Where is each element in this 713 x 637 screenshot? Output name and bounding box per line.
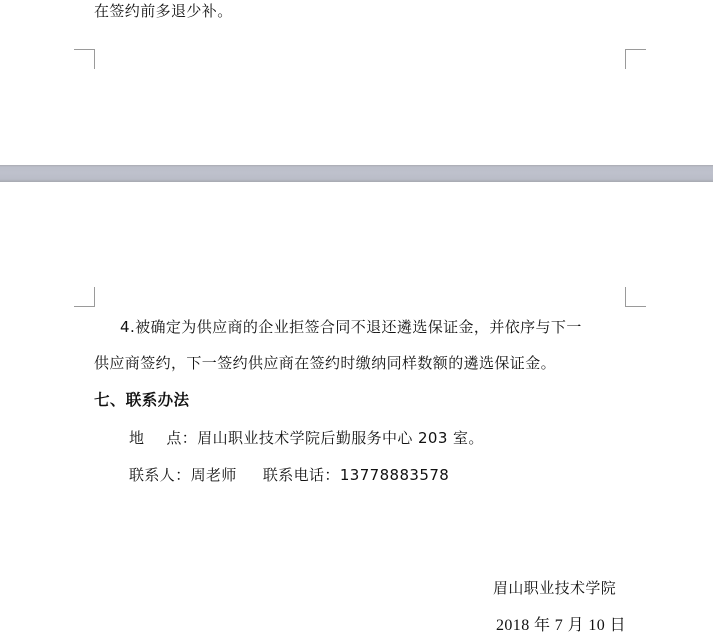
margin-corner-mark-bottom-left: [74, 287, 95, 307]
phone-label: 联系电话：: [263, 466, 340, 484]
contact-value: 周老师: [191, 466, 237, 484]
phone-value: 13778883578: [340, 466, 449, 484]
paragraph-4-line-1: 4.被确定为供应商的企业拒签合同不退还遴选保证金，并依序与下一: [120, 318, 582, 336]
address-label-part-b: 点：: [166, 429, 197, 447]
margin-corner-mark-top-left: [74, 49, 95, 69]
document-page-1: 在签约前多退少补。: [0, 0, 713, 165]
margin-corner-mark-top-right: [625, 49, 646, 69]
margin-corner-mark-bottom-right: [625, 287, 646, 307]
address-value: 眉山职业技术学院后勤服务中心 203 室。: [197, 429, 484, 447]
address-line: 地点：眉山职业技术学院后勤服务中心 203 室。: [129, 429, 484, 447]
contact-label: 联系人：: [129, 466, 191, 484]
page-separator: [0, 165, 713, 182]
signature-organization: 眉山职业技术学院: [493, 579, 616, 597]
section-7-heading: 七、联系办法: [94, 391, 189, 409]
body-text-line: 在签约前多退少补。: [94, 2, 233, 20]
contact-line: 联系人：周老师联系电话：13778883578: [129, 466, 449, 484]
signature-date: 2018 年 7 月 10 日: [496, 617, 626, 635]
paragraph-4-line-2: 供应商签约，下一签约供应商在签约时缴纳同样数额的遴选保证金。: [94, 354, 556, 372]
document-page-2: [0, 182, 713, 637]
address-label-part-a: 地: [129, 429, 144, 447]
